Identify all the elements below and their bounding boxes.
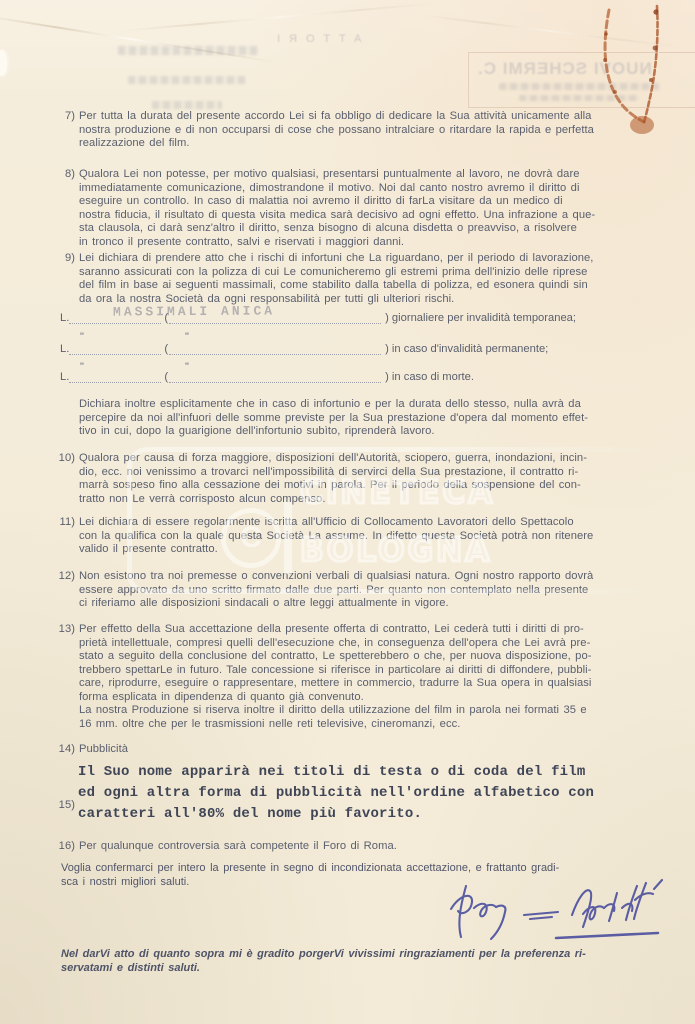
clause-text: Per effetto della Sua accettazione della…: [79, 623, 592, 731]
insurance-row-1: L. ( ) giornaliere per invalidità tempor…: [60, 312, 576, 324]
ditto-mark: ": [80, 331, 84, 343]
row-label: ) in caso di morte.: [385, 371, 474, 383]
paper-edge-notch: [0, 50, 7, 76]
dotted-line: [169, 314, 381, 324]
open-paren: (: [164, 343, 168, 355]
open-paren: (: [164, 371, 168, 383]
clause-number: 11): [57, 516, 75, 530]
show-through-line: [128, 76, 246, 84]
clause-11: 11) Lei dichiara di essere regolarmente …: [57, 516, 593, 557]
clause-text: Per qualunque controversia sarà competen…: [79, 840, 397, 854]
paper-crease: [121, 2, 440, 32]
clause-number: 15): [57, 799, 75, 813]
dotted-line: [69, 345, 161, 355]
show-through-line: [118, 46, 258, 55]
clause-number: 13): [57, 623, 75, 637]
currency-prefix: L.: [60, 343, 69, 355]
ditto-mark: ": [185, 331, 189, 343]
show-through-line: [152, 101, 222, 109]
clause-text: Lei dichiara di essere regolarmente iscr…: [79, 516, 593, 557]
dotted-line: [169, 345, 381, 355]
open-paren: (: [164, 312, 168, 324]
clause-7: 7) Per tutta la durata del presente acco…: [57, 110, 594, 151]
clause-text: Non esistono tra noi premesse o convenzi…: [79, 570, 593, 611]
closing-farewell-text: Nel darVi atto di quanto sopra mi è grad…: [61, 948, 586, 975]
insurance-row-2: L. ( ) in caso d'invalidità permanente;: [60, 343, 548, 355]
currency-prefix: L.: [60, 371, 69, 383]
clause-number: 8): [57, 168, 75, 182]
closing-farewell: Nel darVi atto di quanto sopra mi è grad…: [57, 948, 586, 975]
dotted-line: [169, 373, 381, 383]
insurance-row-3: L. ( ) in caso di morte.: [60, 371, 474, 383]
clause-8: 8) Qualora Lei non potesse, per motivo q…: [57, 168, 595, 249]
paper-crease: [0, 15, 278, 64]
clause-15: 15): [57, 799, 79, 813]
clause-text: Per tutta la durata del presente accordo…: [79, 110, 594, 151]
clause-number: 10): [57, 452, 75, 466]
scanned-contract-page: ATTORI NUOVI SCHERMI C. 7) Per tutta la …: [0, 0, 695, 1024]
clause-text: Lei dichiara di prendere atto che i risc…: [79, 252, 593, 306]
clause-12: 12) Non esistono tra noi premesse o conv…: [57, 570, 593, 611]
clause-9: 9) Lei dichiara di prendere atto che i r…: [57, 252, 593, 306]
clause-13: 13) Per effetto della Sua accettazione d…: [57, 623, 592, 731]
clause-number: 9): [57, 252, 75, 266]
injury-note: Dichiara inoltre esplicitamente che in c…: [79, 398, 588, 439]
currency-prefix: L.: [60, 312, 69, 324]
clause-number: 16): [57, 840, 75, 854]
show-through-text: ATTORI: [268, 33, 361, 45]
clause-text: Qualora Lei non potesse, per motivo qual…: [79, 168, 595, 249]
rust-stain: [593, 2, 677, 140]
clause-16: 16) Per qualunque controversia sarà comp…: [57, 840, 397, 854]
clause-number: 12): [57, 570, 75, 584]
clause-text: Pubblicità: [79, 743, 128, 757]
clause-number: 7): [57, 110, 75, 124]
clause-10: 10) Qualora per causa di forza maggiore,…: [57, 452, 587, 506]
typewritten-publicity-text: Il Suo nome apparirà nei titoli di testa…: [78, 762, 594, 825]
clause-14: 14) Pubblicità: [57, 743, 128, 757]
clause-number: 14): [57, 743, 75, 757]
row-label: ) giornaliere per invalidità temporanea;: [385, 312, 576, 324]
clause-text: Qualora per causa di forza maggiore, dis…: [79, 452, 587, 506]
row-label: ) in caso d'invalidità permanente;: [385, 343, 548, 355]
dotted-line: [69, 373, 161, 383]
signature: [438, 874, 670, 946]
dotted-line: [69, 314, 161, 324]
